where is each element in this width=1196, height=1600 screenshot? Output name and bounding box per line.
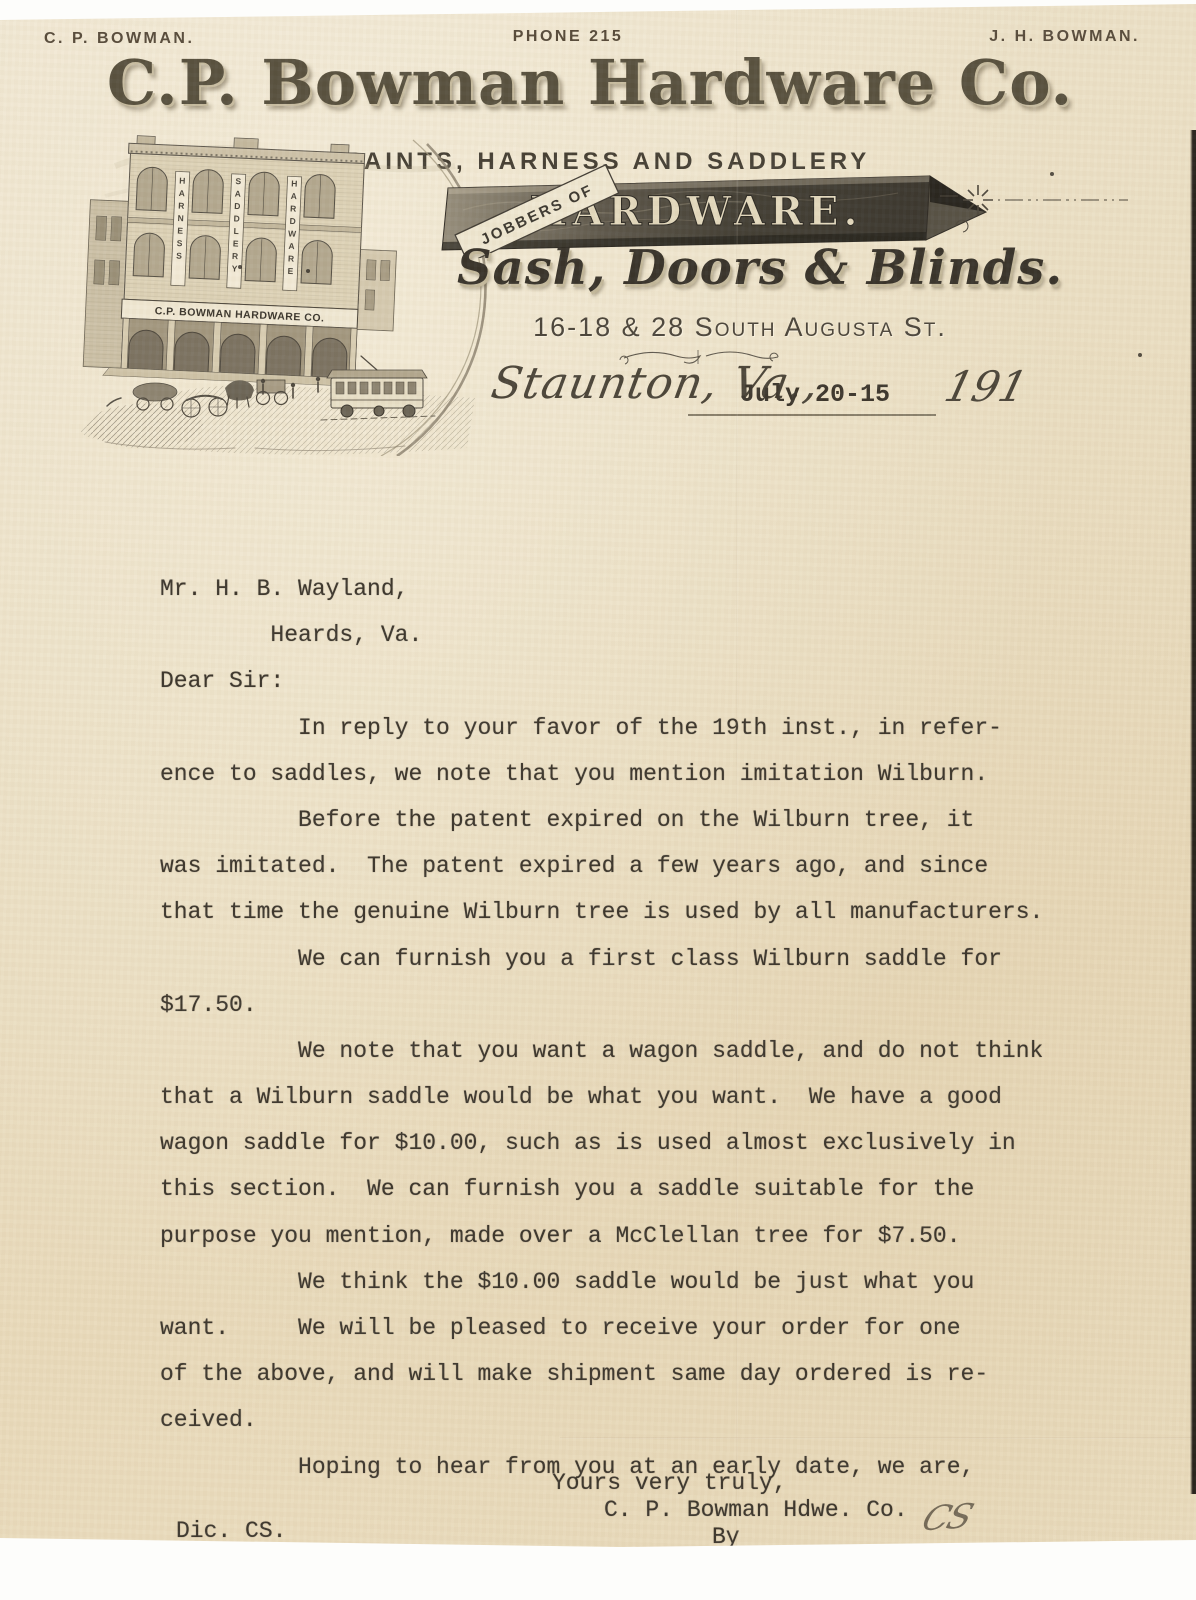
fold-crease-vertical [736,0,738,1547]
address-line: 16-18 & 28 South Augusta St. [420,312,1060,343]
letter-line: Heards, Va. [160,612,1120,658]
letter-line: was imitated. The patent expired a few y… [160,843,1120,889]
closing-company: C. P. Bowman Hdwe. Co. [604,1497,908,1523]
letter-line: this section. We can furnish you a saddl… [160,1166,1120,1212]
letter-line: We think the $10.00 saddle would be just… [160,1259,1120,1305]
date-underline [688,414,936,416]
letter-body: Mr. H. B. Wayland, Heards, Va.Dear Sir: … [160,566,1120,1490]
letter-line: wagon saddle for $10.00, such as is used… [160,1120,1120,1166]
paper-sheet: C. P. BOWMAN. PHONE 215 J. H. BOWMAN. C.… [0,0,1196,1547]
letter-line: Before the patent expired on the Wilburn… [160,797,1120,843]
fold-crease-horizontal [560,1437,1196,1439]
proprietor-right: J. H. BOWMAN. [960,28,1140,46]
letter-line: that a Wilburn saddle would be what you … [160,1074,1120,1120]
letter-line: want. We will be pleased to receive your… [160,1305,1120,1351]
company-title: C.P. Bowman Hardware Co. [0,46,1180,119]
letter-line: that time the genuine Wilburn tree is us… [160,889,1120,935]
letter-line: purpose you mention, made over a McClell… [160,1213,1120,1259]
ink-speck [1138,353,1142,357]
building: HARNESS SADDLERY HARDWARE C.P. BOWMAN HA… [83,132,401,388]
letter-line: Dear Sir: [160,658,1120,704]
letter-line: We note that you want a wagon saddle, an… [160,1028,1120,1074]
letter-line: Mr. H. B. Wayland, [160,566,1120,612]
signature: CS [917,1496,977,1539]
ink-speck [306,269,310,273]
ink-speck [238,265,242,269]
letter-line: of the above, and will make shipment sam… [160,1351,1120,1397]
year-prefix: 191 [940,362,1032,411]
letter-line: We can furnish you a first class Wilburn… [160,936,1120,982]
phone-number: PHONE 215 [468,28,668,46]
valediction: Yours very truly, [552,1470,787,1496]
dictation-initials: Dic. CS. [176,1518,286,1544]
products-line: Sash, Doors & Blinds. [430,240,1090,296]
letter-line: $17.50. [160,982,1120,1028]
scan-edge [1190,130,1196,1494]
typed-date: July 20-15 [740,380,890,409]
letter-line: In reply to your favor of the 19th inst.… [160,705,1120,751]
ink-speck [1050,172,1054,176]
scanned-letter: C. P. BOWMAN. PHONE 215 J. H. BOWMAN. C.… [0,0,1196,1600]
letter-line: ence to saddles, we note that you mentio… [160,751,1120,797]
